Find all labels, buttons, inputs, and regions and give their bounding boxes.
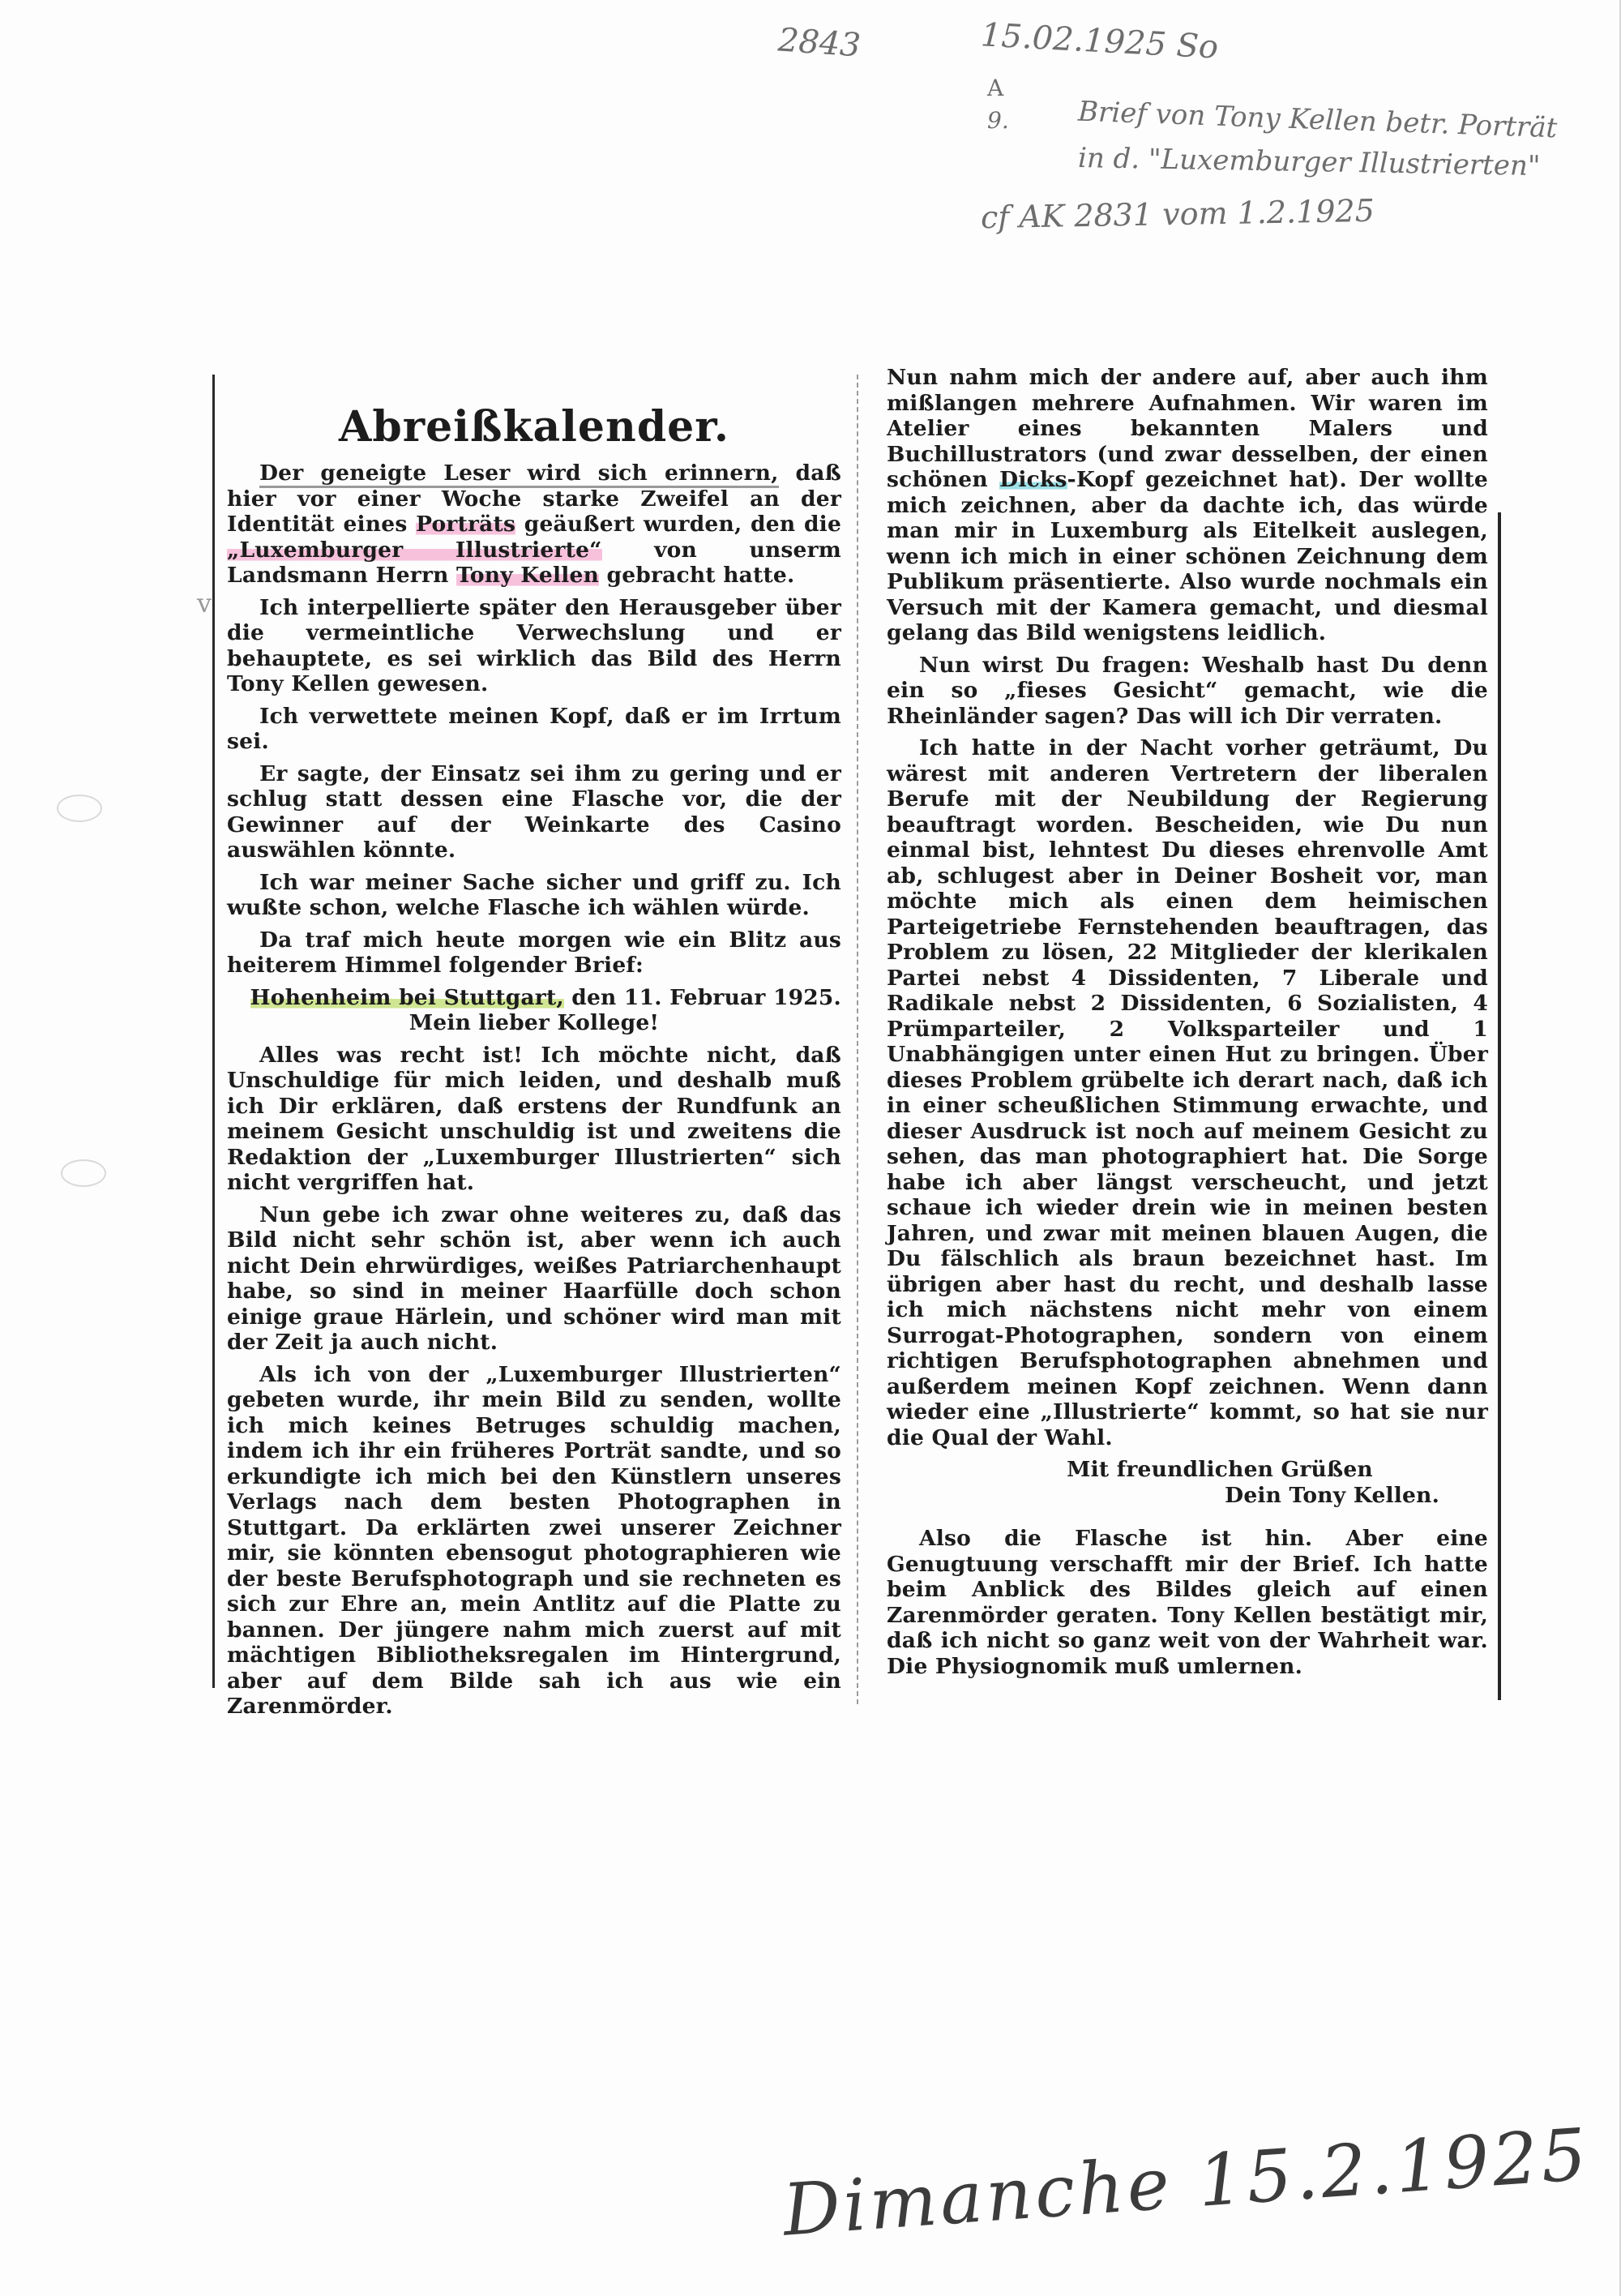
archive-number: 2843 [777,22,862,65]
left-border-rule [212,375,215,1688]
highlight-pink: Porträts [416,512,515,537]
archive-date: 15.02.1925 So [980,16,1219,66]
paragraph: Ich verwettete meinen Kopf, daß er im Ir… [227,704,841,755]
highlight-cyan: Dicks [999,467,1067,492]
paragraph: Also die Flasche ist hin. Aber eine Genu… [887,1526,1488,1679]
right-column: Nun nahm mich der andere auf, aber auch … [887,365,1488,1686]
cross-reference: cf AK 2831 vom 1.2.1925 [981,193,1375,235]
left-column: Abreißkalender. Der geneigte Leser wird … [227,391,841,1726]
description-line-1: Brief von Tony Kellen betr. Porträt [1077,96,1557,145]
margin-check-mark: v [197,588,212,619]
right-border-rule [1498,512,1501,1700]
paragraph: Da traf mich heute morgen wie ein Blitz … [227,927,841,979]
letter-salutation: Mein lieber Kollege! [227,1010,841,1036]
paragraph: Ich war meiner Sache sicher und griff zu… [227,870,841,921]
scanned-page: 2843 15.02.1925 So A 9. Brief von Tony K… [0,0,1621,2296]
highlight-green: Hohenheim bei Stuttgart, [250,985,564,1010]
letter-closing: Mit freundlichen Grüßen [887,1457,1488,1483]
newspaper-clipping: Abreißkalender. Der geneigte Leser wird … [212,375,1501,1704]
handwritten-date: Dimanche 15.2.1925 [781,2112,1593,2251]
punch-hole-icon [61,1159,106,1187]
paragraph: Der geneigte Leser wird sich erinnern, d… [227,460,841,589]
paragraph: Nun wirst Du fragen: Weshalb hast Du den… [887,653,1488,730]
article-title: Abreißkalender. [227,399,841,456]
punch-hole-icon [57,795,102,822]
mark-a: A [987,75,1003,101]
highlight-pink: „Luxemburger Illustrierte“ [227,538,602,563]
highlight-pink-cyan: Tony Kellen [456,563,599,588]
paragraph: Ich hatte in der Nacht vorher geträumt, … [887,735,1488,1450]
paragraph: Nun nahm mich der andere auf, aber auch … [887,365,1488,646]
paragraph: Ich interpellierte später den Herausgebe… [227,595,841,697]
letter-dateline: Hohenheim bei Stuttgart, den 11. Februar… [227,985,841,1011]
underlined-text: Der geneigte Leser wird sich erinnern, [259,460,779,488]
paragraph: Alles was recht ist! Ich möchte nicht, d… [227,1043,841,1196]
column-divider [857,375,858,1704]
paragraph: Er sagte, der Einsatz sei ihm zu gering … [227,761,841,863]
paragraph: Nun gebe ich zwar ohne weiteres zu, daß … [227,1202,841,1356]
letter-signature: Dein Tony Kellen. [887,1483,1488,1509]
description-line-2: in d. "Luxemburger Illustrierten" [1078,142,1541,182]
paragraph: Als ich von der „Luxemburger Illustriert… [227,1362,841,1720]
mark-9: 9. [987,107,1009,134]
